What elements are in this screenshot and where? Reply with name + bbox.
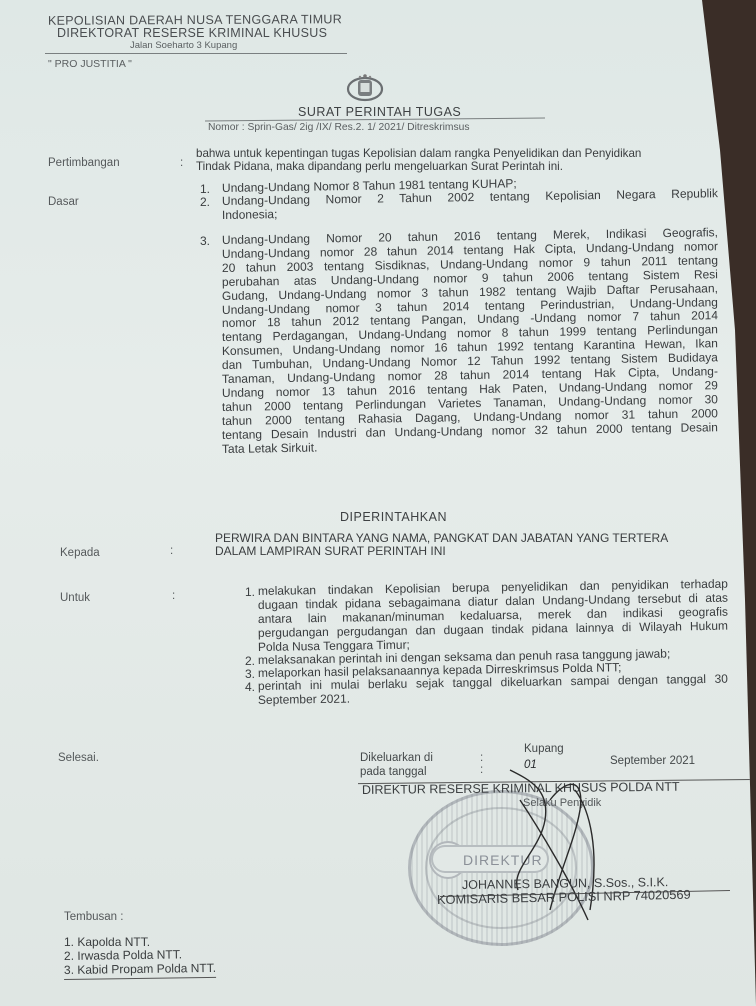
- dasar-item-number: 2.: [200, 195, 210, 209]
- diperintahkan-heading: DIPERINTAHKAN: [340, 510, 447, 524]
- untuk-colon: :: [172, 590, 175, 602]
- untuk-item-number: 1.: [245, 585, 255, 599]
- pro-justitia: " PRO JUSTITIA ": [48, 58, 132, 70]
- dasar-item-line: Tata Letak Sirkuit.: [222, 441, 318, 456]
- dasar-item-number: 3.: [200, 234, 210, 248]
- untuk-item-number: 2.: [245, 654, 255, 668]
- kepada-label: Kepada: [60, 547, 100, 559]
- untuk-label: Untuk: [60, 592, 90, 604]
- document-title: SURAT PERINTAH TUGAS: [298, 105, 461, 119]
- untuk-item-number: 4.: [245, 680, 255, 694]
- document-page: KEPOLISIAN DAERAH NUSA TENGGARA TIMUR DI…: [0, 0, 756, 1006]
- tembusan-label: Tembusan :: [64, 911, 123, 923]
- dasar-item-line: Indonesia;: [222, 208, 278, 222]
- pertimbangan-label: Pertimbangan: [48, 157, 120, 169]
- date-label: pada tanggal: [360, 766, 427, 778]
- issued-at-label: Dikeluarkan di: [360, 752, 433, 764]
- dasar-item-number: 1.: [200, 182, 210, 196]
- untuk-item-line: September 2021.: [258, 692, 350, 707]
- pertimbangan-line-2: Tindak Pidana, maka dipandang perlu meng…: [196, 160, 563, 174]
- signature-image: [490, 760, 630, 940]
- issued-at-value: Kupang: [524, 743, 564, 755]
- issued-at-colon: :: [480, 752, 483, 764]
- kepada-line-2: DALAM LAMPIRAN SURAT PERINTAH INI: [215, 545, 446, 559]
- header-address: Jalan Soeharto 3 Kupang: [130, 40, 237, 51]
- kepada-colon: :: [170, 545, 173, 557]
- selesai-text: Selesai.: [58, 752, 99, 764]
- date-colon: :: [480, 764, 483, 776]
- signatory-rank: KOMISARIS BESAR POLISI NRP 74020569: [437, 888, 691, 907]
- pertimbangan-line-1: bahwa untuk kepentingan tugas Kepolisian…: [196, 147, 641, 161]
- header-directorate: DIREKTORAT RESERSE KRIMINAL KHUSUS: [57, 26, 327, 40]
- untuk-item-number: 3.: [245, 667, 255, 681]
- tembusan-item-3: 3. Kabid Propam Polda NTT.: [64, 962, 216, 980]
- police-emblem-icon: [345, 72, 385, 102]
- dasar-label: Dasar: [48, 196, 79, 208]
- header-divider: [45, 53, 347, 54]
- document-number: Nomor : Sprin-Gas/ 2ig /IX/ Res.2. 1/ 20…: [208, 122, 470, 133]
- title-divider: [205, 118, 545, 122]
- pertimbangan-colon: :: [180, 157, 183, 169]
